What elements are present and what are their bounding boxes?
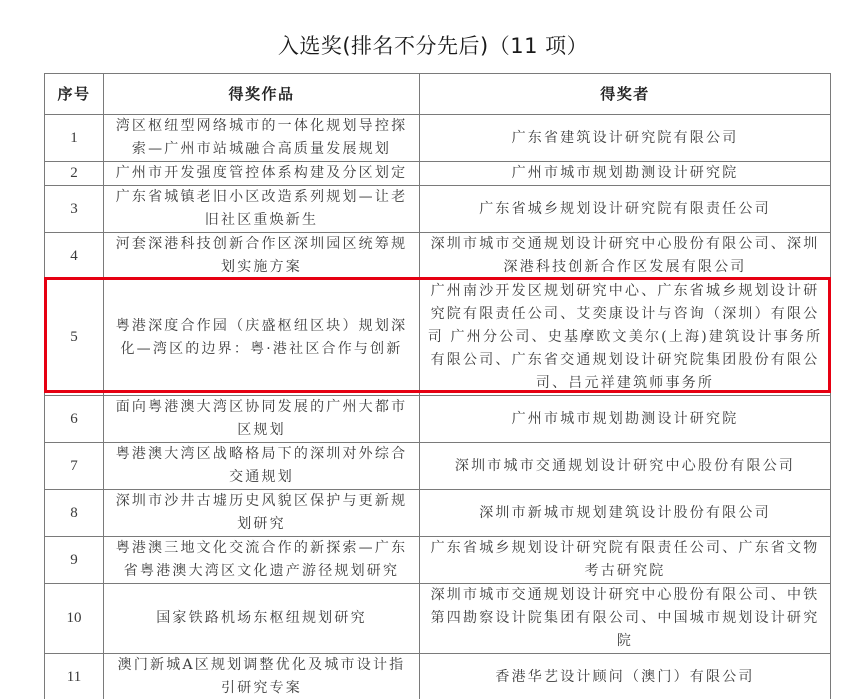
row-index: 3 bbox=[45, 186, 104, 233]
table-row: 7粤港澳大湾区战略格局下的深圳对外综合交通规划深圳市城市交通规划设计研究中心股份… bbox=[45, 443, 831, 490]
header-work: 得奖作品 bbox=[104, 74, 420, 115]
award-work: 国家铁路机场东枢纽规划研究 bbox=[104, 584, 420, 654]
row-index: 1 bbox=[45, 115, 104, 162]
table-row: 2广州市开发强度管控体系构建及分区划定广州市城市规划勘测设计研究院 bbox=[45, 162, 831, 186]
row-index: 10 bbox=[45, 584, 104, 654]
award-winner: 深圳市城市交通规划设计研究中心股份有限公司、中铁第四勘察设计院集团有限公司、中国… bbox=[420, 584, 831, 654]
award-work: 澳门新城A区规划调整优化及城市设计指引研究专案 bbox=[104, 654, 420, 699]
row-index: 6 bbox=[45, 396, 104, 443]
row-index: 8 bbox=[45, 490, 104, 537]
award-winner: 广东省城乡规划设计研究院有限责任公司 bbox=[420, 186, 831, 233]
award-winner: 广州南沙开发区规划研究中心、广东省城乡规划设计研究院有限责任公司、艾奕康设计与咨… bbox=[420, 280, 831, 396]
table-header-row: 序号 得奖作品 得奖者 bbox=[45, 74, 831, 115]
award-winner: 香港华艺设计顾问（澳门）有限公司 bbox=[420, 654, 831, 699]
award-work: 粤港澳大湾区战略格局下的深圳对外综合交通规划 bbox=[104, 443, 420, 490]
table-row: 10国家铁路机场东枢纽规划研究深圳市城市交通规划设计研究中心股份有限公司、中铁第… bbox=[45, 584, 831, 654]
award-work: 河套深港科技创新合作区深圳园区统筹规划实施方案 bbox=[104, 233, 420, 280]
award-work: 粤港澳三地文化交流合作的新探索—广东省粤港澳大湾区文化遗产游径规划研究 bbox=[104, 537, 420, 584]
table-row: 5粤港深度合作园（庆盛枢纽区块）规划深化—湾区的边界：粤·港社区合作与创新广州南… bbox=[45, 280, 831, 396]
award-winner: 深圳市新城市规划建筑设计股份有限公司 bbox=[420, 490, 831, 537]
table-row: 3广东省城镇老旧小区改造系列规划—让老旧社区重焕新生广东省城乡规划设计研究院有限… bbox=[45, 186, 831, 233]
row-index: 7 bbox=[45, 443, 104, 490]
award-work: 广东省城镇老旧小区改造系列规划—让老旧社区重焕新生 bbox=[104, 186, 420, 233]
table-row: 9粤港澳三地文化交流合作的新探索—广东省粤港澳大湾区文化遗产游径规划研究广东省城… bbox=[45, 537, 831, 584]
row-index: 5 bbox=[45, 280, 104, 396]
award-winner: 深圳市城市交通规划设计研究中心股份有限公司 bbox=[420, 443, 831, 490]
row-index: 2 bbox=[45, 162, 104, 186]
award-work: 广州市开发强度管控体系构建及分区划定 bbox=[104, 162, 420, 186]
award-work: 粤港深度合作园（庆盛枢纽区块）规划深化—湾区的边界：粤·港社区合作与创新 bbox=[104, 280, 420, 396]
table-body: 1湾区枢纽型网络城市的一体化规划导控探索—广州市站城融合高质量发展规划广东省建筑… bbox=[45, 115, 831, 699]
award-work: 湾区枢纽型网络城市的一体化规划导控探索—广州市站城融合高质量发展规划 bbox=[104, 115, 420, 162]
header-index: 序号 bbox=[45, 74, 104, 115]
award-work: 深圳市沙井古墟历史风貌区保护与更新规划研究 bbox=[104, 490, 420, 537]
table-row: 11澳门新城A区规划调整优化及城市设计指引研究专案香港华艺设计顾问（澳门）有限公… bbox=[45, 654, 831, 699]
table-row: 6面向粤港澳大湾区协同发展的广州大都市区规划广州市城市规划勘测设计研究院 bbox=[45, 396, 831, 443]
row-index: 4 bbox=[45, 233, 104, 280]
table-row: 4河套深港科技创新合作区深圳园区统筹规划实施方案深圳市城市交通规划设计研究中心股… bbox=[45, 233, 831, 280]
document-title: 入选奖(排名不分先后)（11 项） bbox=[0, 30, 866, 60]
award-winner: 广东省建筑设计研究院有限公司 bbox=[420, 115, 831, 162]
table-row: 8深圳市沙井古墟历史风貌区保护与更新规划研究深圳市新城市规划建筑设计股份有限公司 bbox=[45, 490, 831, 537]
award-winner: 深圳市城市交通规划设计研究中心股份有限公司、深圳深港科技创新合作区发展有限公司 bbox=[420, 233, 831, 280]
row-index: 11 bbox=[45, 654, 104, 699]
award-winner: 广州市城市规划勘测设计研究院 bbox=[420, 396, 831, 443]
award-work: 面向粤港澳大湾区协同发展的广州大都市区规划 bbox=[104, 396, 420, 443]
awards-table: 序号 得奖作品 得奖者 1湾区枢纽型网络城市的一体化规划导控探索—广州市站城融合… bbox=[44, 73, 831, 699]
table-row: 1湾区枢纽型网络城市的一体化规划导控探索—广州市站城融合高质量发展规划广东省建筑… bbox=[45, 115, 831, 162]
header-winner: 得奖者 bbox=[420, 74, 831, 115]
award-winner: 广州市城市规划勘测设计研究院 bbox=[420, 162, 831, 186]
award-winner: 广东省城乡规划设计研究院有限责任公司、广东省文物考古研究院 bbox=[420, 537, 831, 584]
row-index: 9 bbox=[45, 537, 104, 584]
